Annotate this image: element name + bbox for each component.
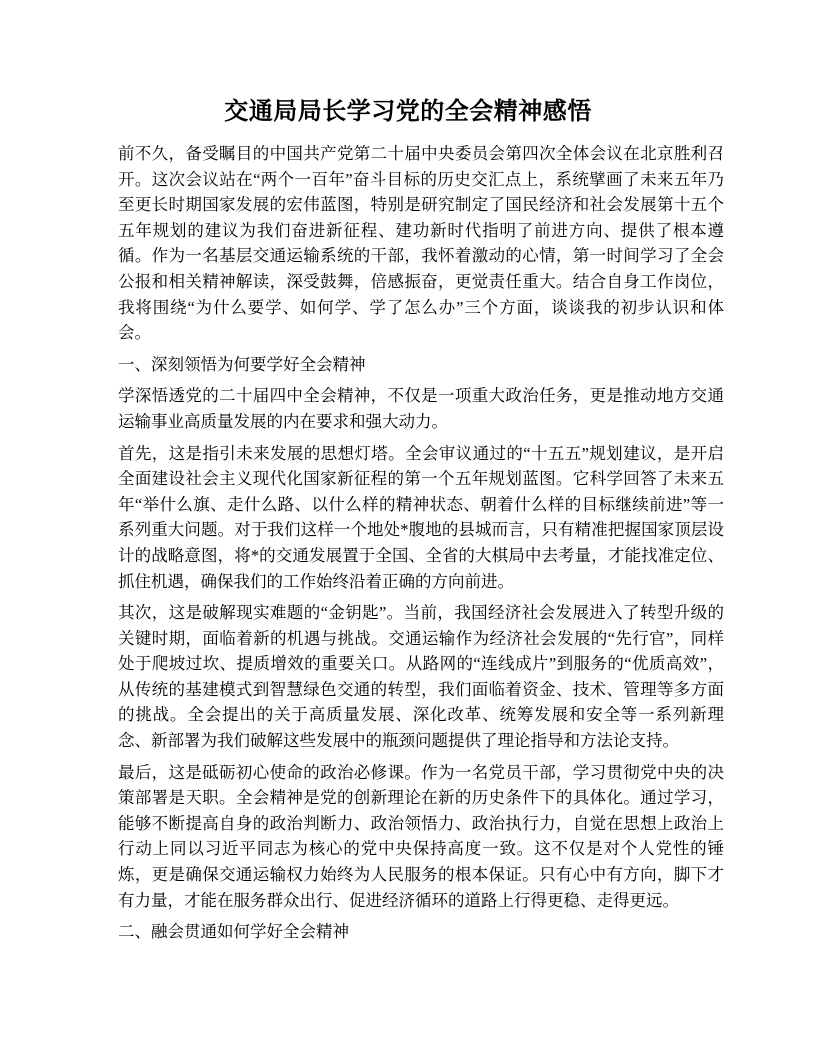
paragraph-first-point: 首先，这是指引未来发展的思想灯塔。全会审议通过的“十五五”规划建议，是开启全面建…: [118, 441, 724, 595]
document-page: 交通局局长学习党的全会精神感悟 前不久，备受瞩目的中国共产党第二十届中央委员会第…: [0, 0, 816, 1056]
section-heading-1: 一、深刻领悟为何要学好全会精神: [118, 352, 724, 378]
document-title: 交通局局长学习党的全会精神感悟: [0, 95, 816, 129]
document-body: 前不久，备受瞩目的中国共产党第二十届中央委员会第四次全体会议在北京胜利召开。这次…: [118, 141, 724, 945]
paragraph-third-point: 最后，这是砥砺初心使命的政治必修课。作为一名党员干部，学习贯彻党中央的决策部署是…: [118, 760, 724, 914]
paragraph-section1-overview: 学深悟透党的二十届四中全会精神，不仅是一项重大政治任务，更是推动地方交通运输事业…: [118, 383, 724, 434]
paragraph-intro: 前不久，备受瞩目的中国共产党第二十届中央委员会第四次全体会议在北京胜利召开。这次…: [118, 141, 724, 346]
section-heading-2: 二、融会贯通如何学好全会精神: [118, 919, 724, 945]
paragraph-second-point: 其次，这是破解现实难题的“金钥匙”。当前，我国经济社会发展进入了转型升级的关键时…: [118, 600, 724, 754]
